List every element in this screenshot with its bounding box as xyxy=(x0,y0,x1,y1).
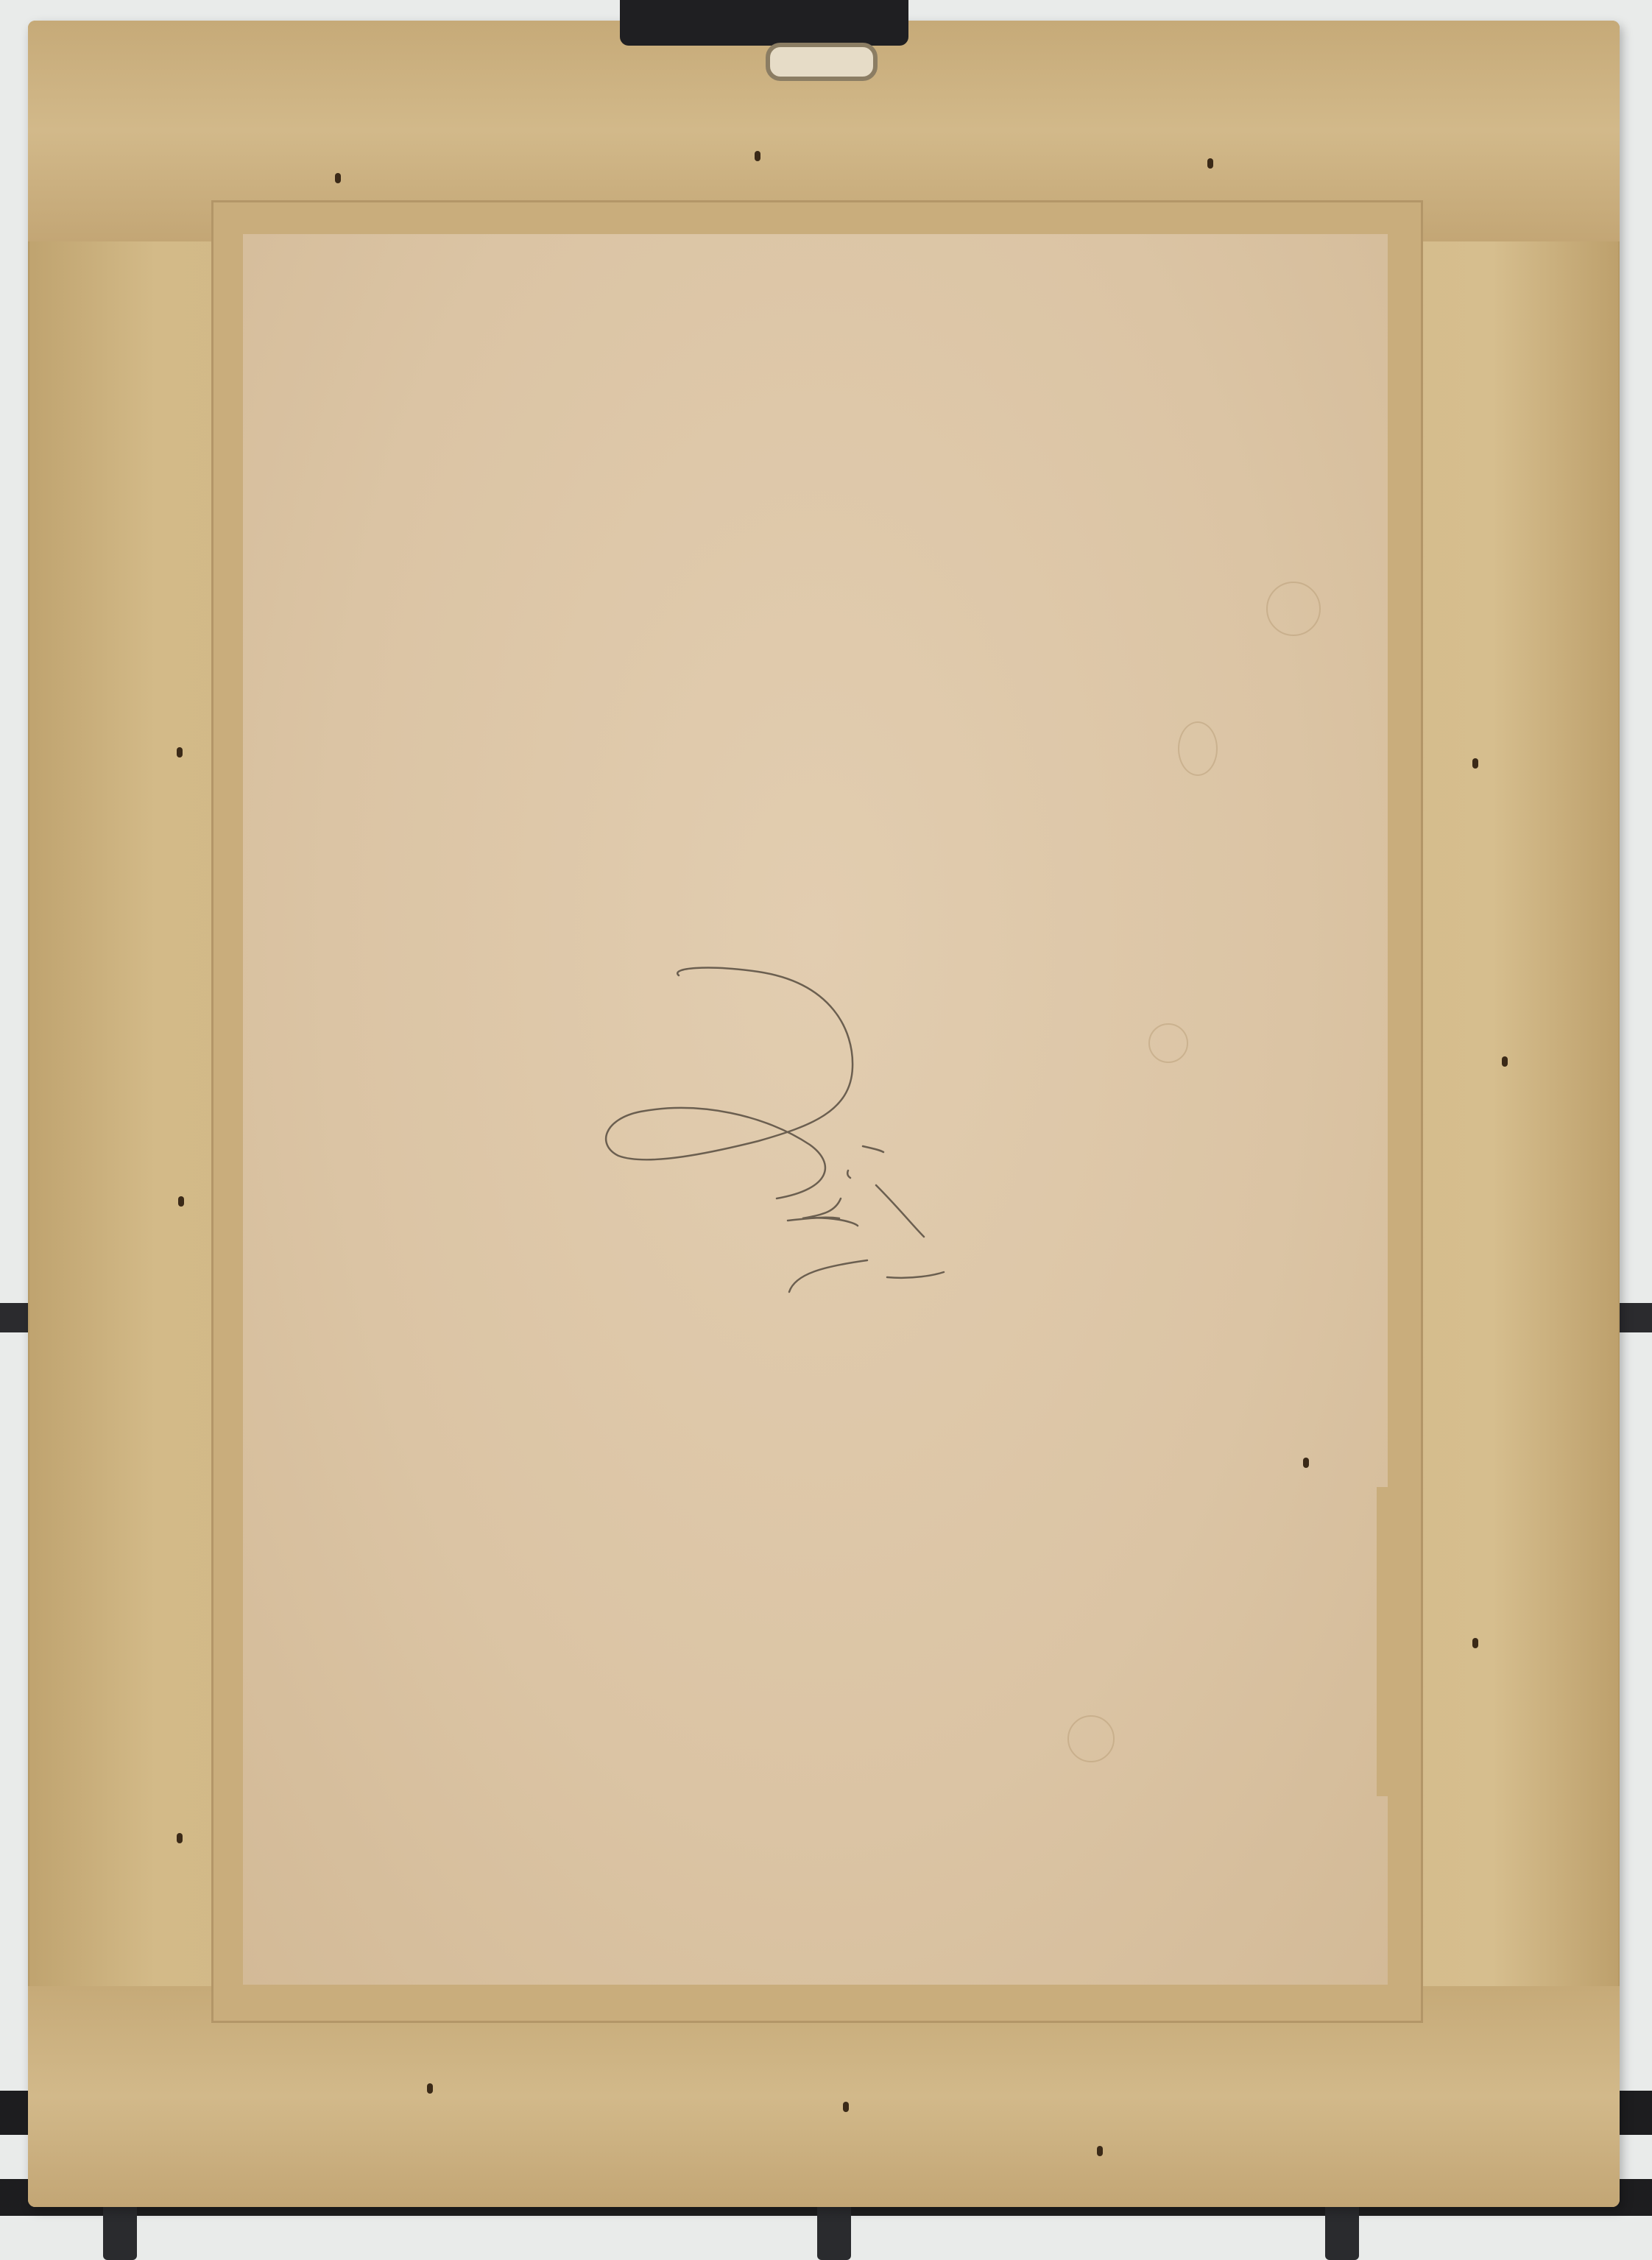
frame-nail xyxy=(1097,2146,1103,2156)
frame-nail xyxy=(843,2102,849,2112)
frame-nail xyxy=(1207,158,1213,169)
hanger-clip xyxy=(620,0,908,46)
water-stain xyxy=(1178,721,1218,776)
frame-nail xyxy=(755,151,760,161)
frame-nail xyxy=(1502,1056,1508,1067)
frame-nail xyxy=(335,173,341,183)
frame-nail xyxy=(177,1833,183,1843)
frame-nail xyxy=(427,2083,433,2094)
pencil-signature xyxy=(589,942,1215,1399)
torn-board-edge xyxy=(1377,1487,1417,1796)
frame-nail xyxy=(178,1196,184,1207)
frame-nail xyxy=(1303,1458,1309,1468)
hanger-ring xyxy=(766,43,878,81)
frame-nail xyxy=(177,747,183,758)
water-stain xyxy=(1266,582,1321,636)
frame-nail xyxy=(1472,758,1478,769)
water-stain xyxy=(1067,1715,1115,1762)
frame-nail xyxy=(1472,1638,1478,1648)
